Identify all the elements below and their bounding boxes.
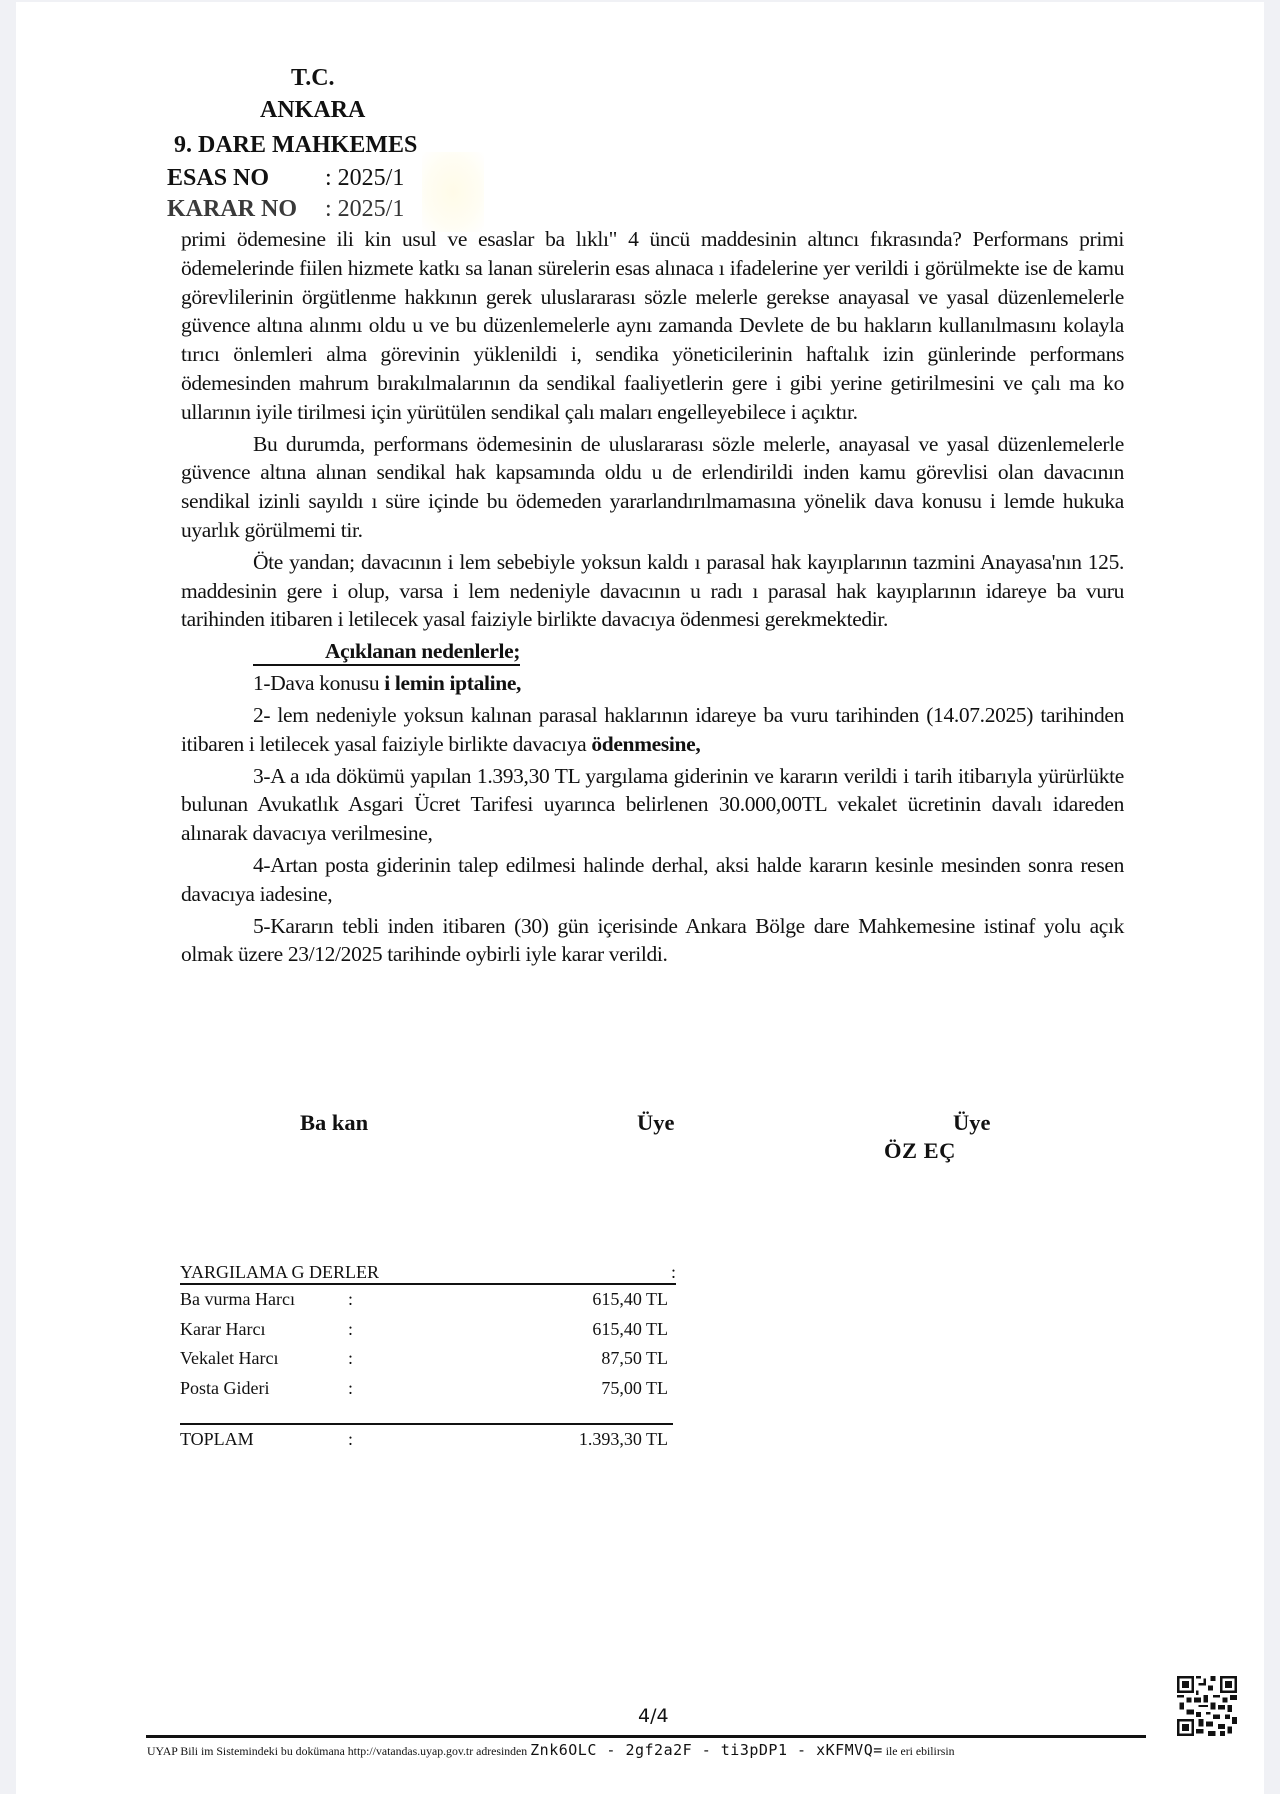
costs-row-label: Karar Harcı [180,1315,348,1345]
costs-total-value: 1.393,30 TL [388,1425,676,1455]
costs-row-value: 615,40 TL [388,1285,676,1315]
costs-row-colon: : [348,1315,388,1345]
paragraph-2: Bu durumda, performans ödemesinin de ulu… [181,430,1124,545]
signature-member2-title: Üye [953,1110,991,1136]
karar-no-row: KARAR NO: 2025/1 [167,195,404,223]
costs-rows: Ba vurma Harcı:615,40 TLKarar Harcı:615,… [180,1285,676,1403]
verification-code: Znk6OLC - 2gf2a2F - ti3pDP1 - xKFMVQ= [530,1741,883,1759]
costs-total-colon: : [348,1425,388,1455]
footer-text-before: UYAP Bili im Sistemindeki bu dokümana ht… [147,1744,530,1758]
costs-title-colon: : [671,1261,676,1283]
decision-body: primi ödemesine ili kin usul ve esaslar … [181,225,1124,969]
costs-row: Posta Gideri:75,00 TL [180,1374,676,1404]
ruling-item-1-text: 1-Dava konusu [253,671,384,695]
footer-text-after: ile eri ebilirsin [883,1744,955,1758]
karar-no-label: KARAR NO [167,195,325,223]
footer-divider [146,1735,1146,1738]
redaction-patch [422,152,484,232]
costs-total-row: TOPLAM : 1.393,30 TL [180,1425,676,1455]
ruling-item-5: 5-Kararın tebli inden itibaren (30) gün … [181,912,1124,970]
header-tc: T.C. [291,64,335,92]
page-number: 4/4 [638,1705,669,1727]
paragraph-1: primi ödemesine ili kin usul ve esaslar … [181,225,1124,427]
qr-code-icon [1177,1676,1237,1736]
esas-no-row: ESAS NO: 2025/1 [167,164,404,192]
costs-title-row: YARGILAMA G DERLER : [180,1261,676,1285]
costs-row-value: 87,50 TL [388,1344,676,1374]
costs-table: YARGILAMA G DERLER : Ba vurma Harcı:615,… [180,1261,676,1455]
ruling-item-1: 1-Dava konusu i lemin iptaline, [181,669,1124,698]
costs-total-label: TOPLAM [180,1425,348,1455]
footer-verification-text: UYAP Bili im Sistemindeki bu dokümana ht… [147,1740,955,1761]
costs-row-value: 615,40 TL [388,1315,676,1345]
document-page: T.C. ANKARA 9. DARE MAHKEMES ESAS NO: 20… [16,2,1264,1794]
karar-no-value: : 2025/1 [325,196,404,222]
costs-row-label: Ba vurma Harcı [180,1285,348,1315]
costs-row-label: Vekalet Harcı [180,1344,348,1374]
ruling-item-1-bold: i lemin iptaline, [384,671,521,695]
costs-row-colon: : [348,1344,388,1374]
signature-member1-title: Üye [637,1110,675,1136]
signature-member2-name: ÖZ EÇ [884,1138,956,1164]
signature-chair-title: Ba kan [300,1110,368,1136]
esas-no-value: : 2025/1 [325,165,404,191]
costs-row: Karar Harcı:615,40 TL [180,1315,676,1345]
header-city: ANKARA [260,96,365,124]
ruling-item-3: 3-A a ıda dökümü yapılan 1.393,30 TL yar… [181,762,1124,848]
header-court-name: 9. DARE MAHKEMES [174,131,417,159]
reasons-heading: Açıklanan nedenlerle; [253,639,520,666]
ruling-item-2-bold: ödenmesine, [591,732,700,756]
costs-title: YARGILAMA G DERLER [180,1261,379,1283]
costs-row: Ba vurma Harcı:615,40 TL [180,1285,676,1315]
reasons-heading-line: Açıklanan nedenlerle; [181,637,1124,666]
costs-row-colon: : [348,1374,388,1404]
paragraph-3: Öte yandan; davacının i lem sebebiyle yo… [181,548,1124,634]
costs-row-label: Posta Gideri [180,1374,348,1404]
costs-row-value: 75,00 TL [388,1374,676,1404]
ruling-item-2: 2- lem nedeniyle yoksun kalınan parasal … [181,701,1124,759]
costs-row: Vekalet Harcı:87,50 TL [180,1344,676,1374]
ruling-item-4: 4-Artan posta giderinin talep edilmesi h… [181,851,1124,909]
esas-no-label: ESAS NO [167,164,325,192]
costs-row-colon: : [348,1285,388,1315]
